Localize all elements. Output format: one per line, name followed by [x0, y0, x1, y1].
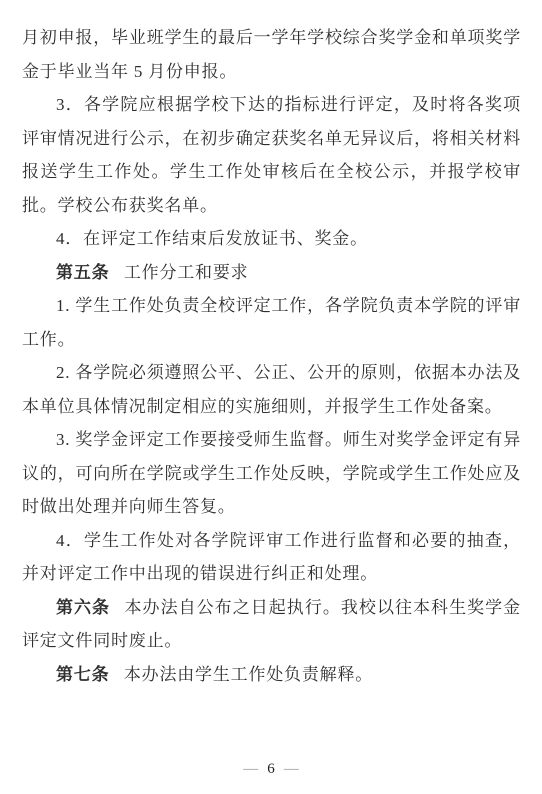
para-text: 1. 学生工作处负责全校评定工作，各学院负责本学院的评审工作。 [22, 296, 521, 349]
article-number: 第五条 [56, 263, 109, 282]
page-footer: —6— [0, 761, 542, 778]
para-article-7: 第七条本办法由学生工作处负责解释。 [22, 658, 521, 692]
article-number: 第七条 [56, 665, 109, 684]
para-article-5-item-3: 3. 奖学金评定工作要接受师生监督。师生对奖学金评定有异议的，可向所在学院或学生… [22, 423, 521, 524]
para-text: 4．在评定工作结束后发放证书、奖金。 [56, 229, 368, 248]
article-title: 工作分工和要求 [124, 263, 249, 282]
footer-dash-right: — [284, 761, 299, 777]
para-article-5-item-2: 2. 各学院必须遵照公平、公正、公开的原则，依据本办法及本单位具体情况制定相应的… [22, 356, 521, 423]
para-text: 本办法由学生工作处负责解释。 [124, 665, 373, 684]
footer-dash-left: — [243, 761, 258, 777]
para-point-4: 4．在评定工作结束后发放证书、奖金。 [22, 222, 521, 256]
para-text: 3. 奖学金评定工作要接受师生监督。师生对奖学金评定有异议的，可向所在学院或学生… [22, 430, 521, 516]
para-text: 3．各学院应根据学校下达的指标进行评定，及时将各奖项评审情况进行公示，在初步确定… [22, 95, 521, 215]
para-continuation: 月初申报，毕业班学生的最后一学年学校综合奖学金和单项奖学金于毕业当年 5 月份申… [22, 21, 521, 88]
article-number: 第六条 [56, 598, 110, 617]
para-text: 月初申报，毕业班学生的最后一学年学校综合奖学金和单项奖学金于毕业当年 5 月份申… [22, 28, 521, 81]
para-article-5-heading: 第五条工作分工和要求 [22, 256, 521, 290]
document-page: 月初申报，毕业班学生的最后一学年学校综合奖学金和单项奖学金于毕业当年 5 月份申… [0, 0, 542, 691]
para-text: 4．学生工作处对各学院评审工作进行监督和必要的抽查，并对评定工作中出现的错误进行… [22, 531, 521, 584]
page-number: 6 [267, 761, 275, 777]
para-article-6: 第六条本办法自公布之日起执行。我校以往本科生奖学金评定文件同时废止。 [22, 591, 521, 658]
para-article-5-item-4: 4．学生工作处对各学院评审工作进行监督和必要的抽查，并对评定工作中出现的错误进行… [22, 524, 521, 591]
para-text: 2. 各学院必须遵照公平、公正、公开的原则，依据本办法及本单位具体情况制定相应的… [22, 363, 521, 416]
para-article-5-item-1: 1. 学生工作处负责全校评定工作，各学院负责本学院的评审工作。 [22, 289, 521, 356]
para-point-3: 3．各学院应根据学校下达的指标进行评定，及时将各奖项评审情况进行公示，在初步确定… [22, 88, 521, 222]
